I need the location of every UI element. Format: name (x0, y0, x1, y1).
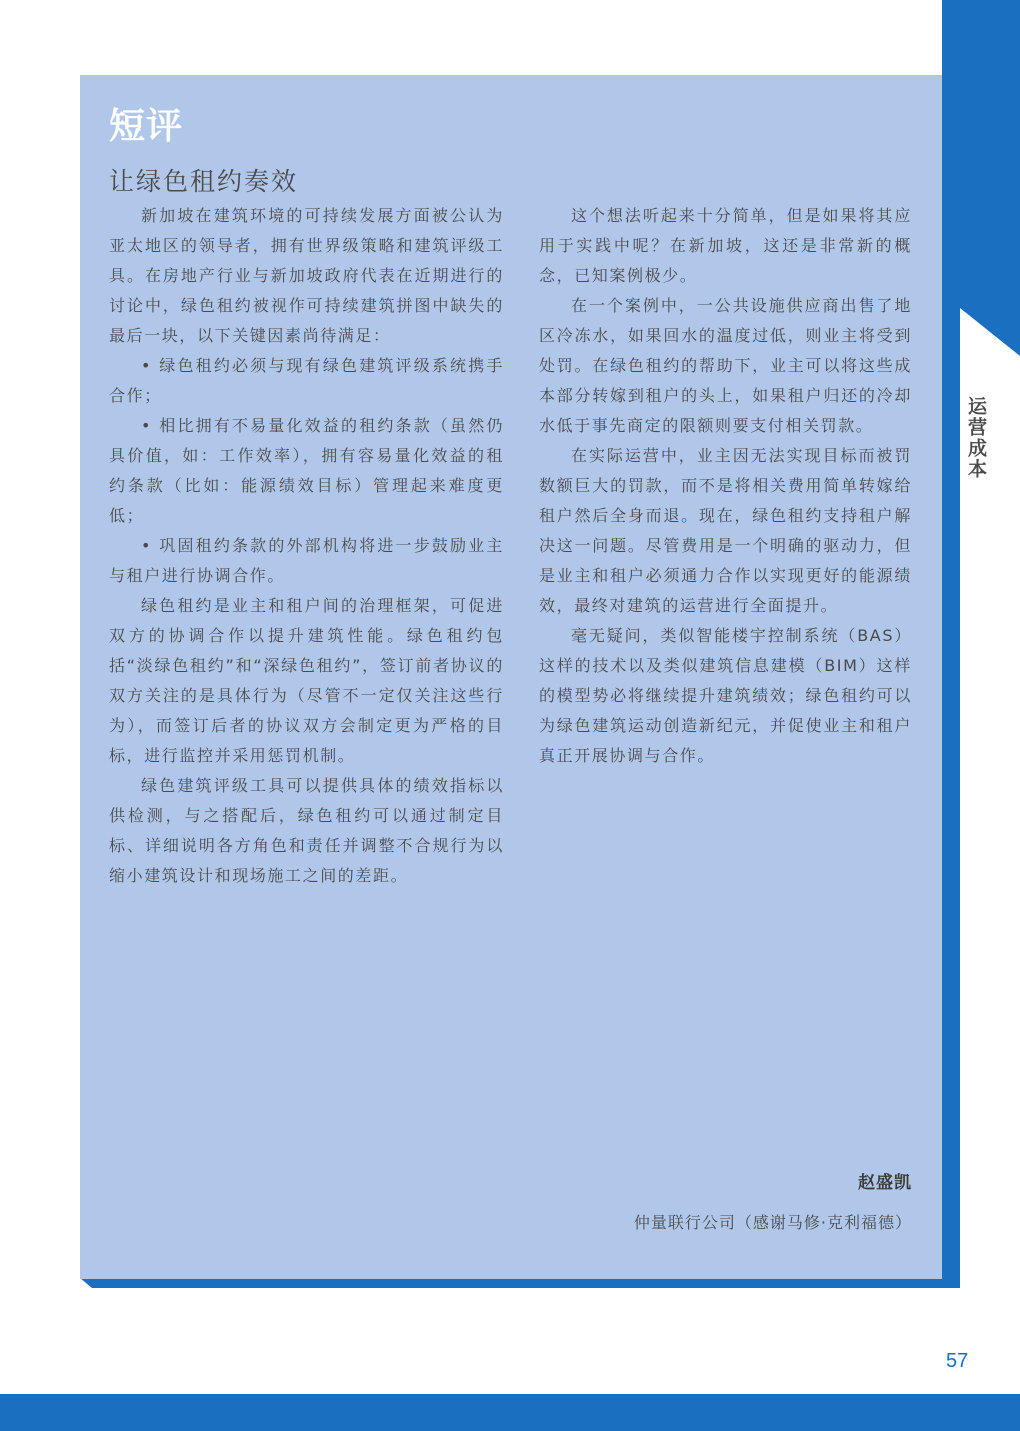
page-number: 57 (946, 1350, 968, 1373)
paragraph: 新加坡在建筑环境的可持续发展方面被公认为亚太地区的领导者，拥有世界级策略和建筑评… (109, 201, 504, 351)
paragraph: 这个想法听起来十分简单，但是如果将其应用于实践中呢？在新加坡，这还是非常新的概念… (539, 201, 912, 291)
left-column: 新加坡在建筑环境的可持续发展方面被公认为亚太地区的领导者，拥有世界级策略和建筑评… (109, 201, 504, 891)
paragraph: 毫无疑问，类似智能楼宇控制系统（BAS）这样的技术以及类似建筑信息建模（BIM）… (539, 621, 912, 771)
bullet-item: • 巩固租约条款的外部机构将进一步鼓励业主与租户进行协调合作。 (109, 531, 504, 591)
right-column: 这个想法听起来十分简单，但是如果将其应用于实践中呢？在新加坡，这还是非常新的概念… (539, 201, 912, 771)
article-title: 让绿色租约奏效 (109, 162, 298, 198)
paragraph: 在实际运营中，业主因无法实现目标而被罚数额巨大的罚款，而不是将相关费用简单转嫁给… (539, 441, 912, 621)
paragraph: 在一个案例中，一公共设施供应商出售了地区冷冻水，如果回水的温度过低，则业主将受到… (539, 291, 912, 441)
chapter-label: 运营成本 (962, 396, 990, 480)
bullet-item: • 绿色租约必须与现有绿色建筑评级系统携手合作； (109, 351, 504, 411)
paragraph: 绿色建筑评级工具可以提供具体的绩效指标以供检测，与之搭配后，绿色租约可以通过制定… (109, 771, 504, 891)
paragraph: 绿色租约是业主和租户间的治理框架，可促进双方的协调合作以提升建筑性能。绿色租约包… (109, 591, 504, 771)
author-affiliation: 仲量联行公司（感谢马修·克利福德） (634, 1210, 912, 1233)
bottom-color-bar (0, 1394, 1020, 1431)
bullet-item: • 相比拥有不易量化效益的租约条款（虽然仍具价值，如：工作效率），拥有容易量化效… (109, 411, 504, 531)
author-name: 赵盛凯 (858, 1168, 912, 1193)
section-title: 短评 (109, 98, 183, 149)
